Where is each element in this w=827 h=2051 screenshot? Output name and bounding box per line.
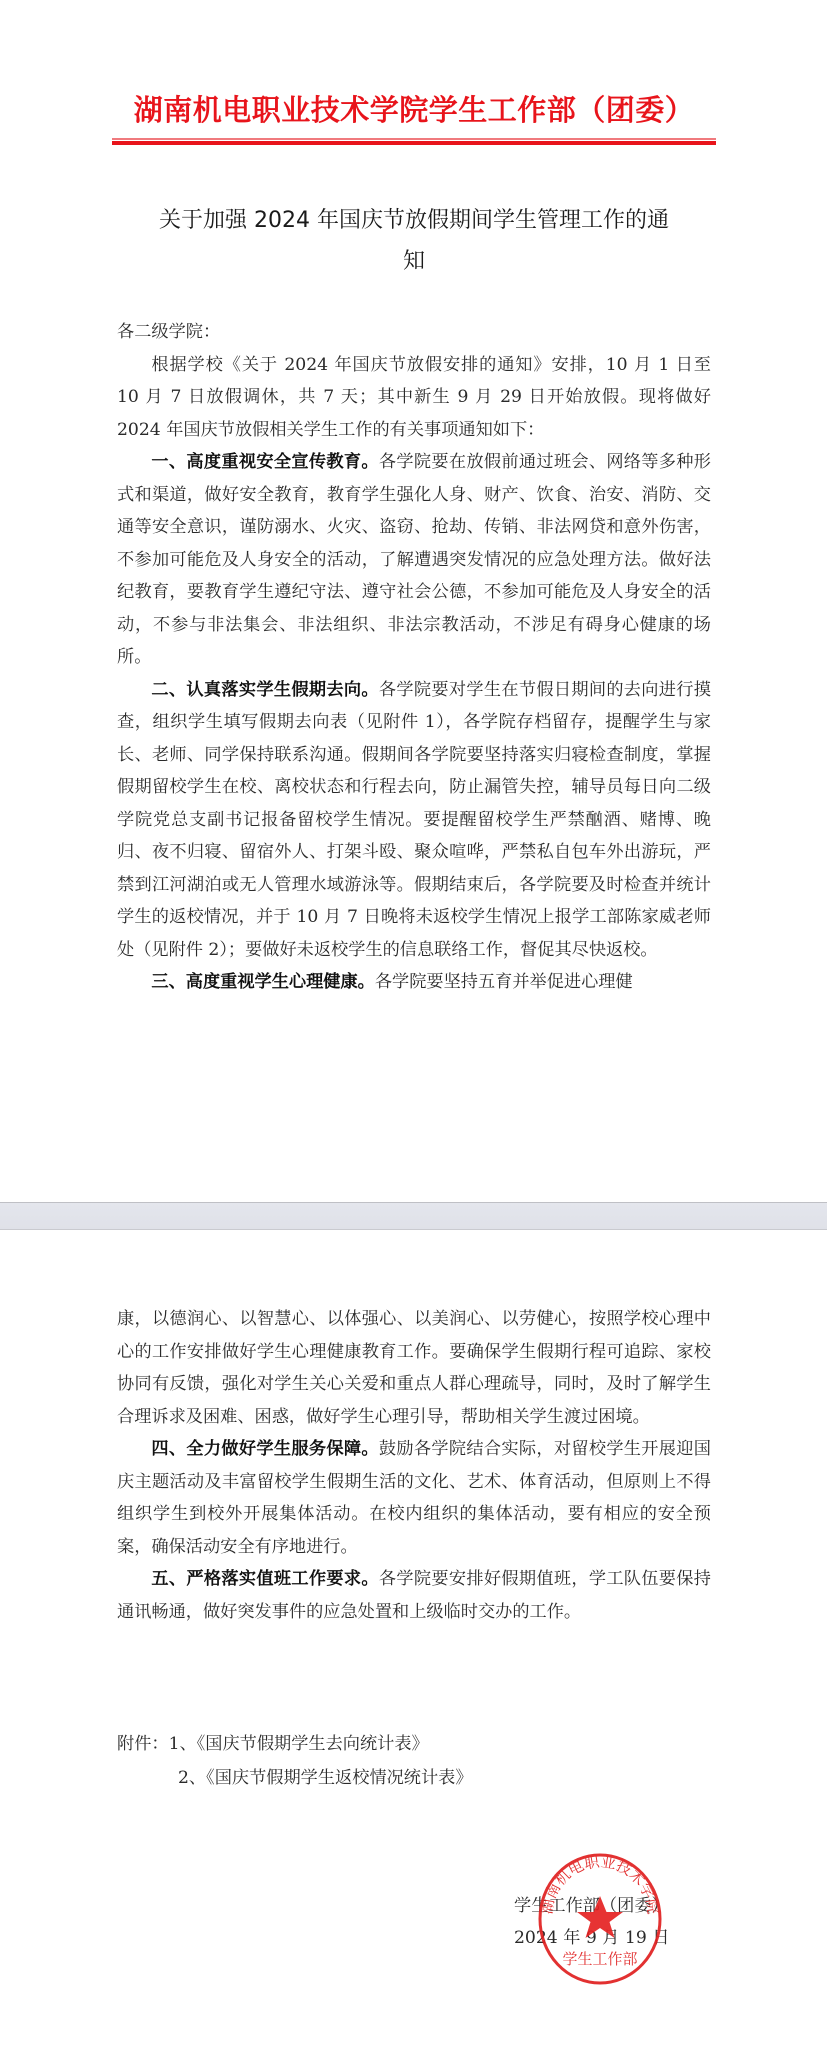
attachment-row-2: 2、《国庆节假期学生返校情况统计表》 [117, 1761, 473, 1795]
official-seal-stamp: 湖南机电职业技术学院 学生工作部 [537, 1852, 663, 1986]
section-3-heading: 三、高度重视学生心理健康。 [151, 972, 374, 992]
attachments: 附件：1、《国庆节假期学生去向统计表》 2、《国庆节假期学生返校情况统计表》 [117, 1727, 473, 1795]
document-page-1: 湖南机电职业技术学院学生工作部（团委） 关于加强 2024 年国庆节放假期间学生… [0, 0, 827, 1202]
rule-line-top [112, 138, 716, 140]
document-title: 关于加强 2024 年国庆节放假期间学生管理工作的通 知 [118, 200, 710, 282]
body-page-1: 各二级学院： 根据学校《关于 2024 年国庆节放假安排的通知》安排，10 月 … [117, 316, 711, 999]
section-3-start: 三、高度重视学生心理健康。各学院要坚持五育并举促进心理健 [117, 966, 711, 999]
red-header-rule [112, 138, 716, 148]
page-separator [0, 1202, 827, 1230]
section-2: 二、认真落实学生假期去向。各学院要对学生在节假日期间的去向进行摸查，组织学生填写… [117, 674, 711, 967]
section-4: 四、全力做好学生服务保障。鼓励各学院结合实际，对留校学生开展迎国庆主题活动及丰富… [117, 1433, 711, 1563]
title-line-1: 关于加强 2024 年国庆节放假期间学生管理工作的通 [118, 200, 710, 241]
attachment-item-1: 1、《国庆节假期学生去向统计表》 [169, 1734, 429, 1754]
attachment-row-1: 附件：1、《国庆节假期学生去向统计表》 [117, 1727, 473, 1761]
section-4-heading: 四、全力做好学生服务保障。 [151, 1439, 378, 1459]
attachments-label: 附件： [117, 1734, 169, 1754]
section-5-heading: 五、严格落实值班工作要求。 [151, 1569, 378, 1589]
section-1-text: 各学院要在放假前通过班会、网络等多种形式和渠道，做好安全教育，教育学生强化人身、… [117, 452, 711, 667]
section-2-text: 各学院要对学生在节假日期间的去向进行摸查，组织学生填写假期去向表（见附件 1），… [117, 680, 711, 960]
section-5: 五、严格落实值班工作要求。各学院要安排好假期值班，学工队伍要保持通讯畅通，做好突… [117, 1563, 711, 1628]
section-2-heading: 二、认真落实学生假期去向。 [151, 680, 378, 700]
seal-bottom-text: 学生工作部 [562, 1950, 637, 1968]
title-line-2: 知 [118, 241, 710, 282]
section-1: 一、高度重视安全宣传教育。各学院要在放假前通过班会、网络等多种形式和渠道，做好安… [117, 446, 711, 674]
body-page-2: 康，以德润心、以智慧心、以体强心、以美润心、以劳健心，按照学校心理中心的工作安排… [117, 1303, 711, 1628]
star-icon [577, 1896, 623, 1938]
salutation: 各二级学院： [117, 316, 711, 349]
document-page-2: 康，以德润心、以智慧心、以体强心、以美润心、以劳健心，按照学校心理中心的工作安排… [0, 1230, 827, 2051]
organization-header: 湖南机电职业技术学院学生工作部（团委） [113, 90, 715, 130]
section-3-text-page1: 各学院要坚持五育并举促进心理健 [375, 972, 633, 992]
section-3-continued: 康，以德润心、以智慧心、以体强心、以美润心、以劳健心，按照学校心理中心的工作安排… [117, 1303, 711, 1433]
rule-line-main [112, 141, 716, 145]
section-1-heading: 一、高度重视安全宣传教育。 [151, 452, 378, 472]
attachment-item-2: 2、《国庆节假期学生返校情况统计表》 [178, 1768, 473, 1788]
intro-paragraph: 根据学校《关于 2024 年国庆节放假安排的通知》安排，10 月 1 日至 10… [117, 349, 711, 447]
